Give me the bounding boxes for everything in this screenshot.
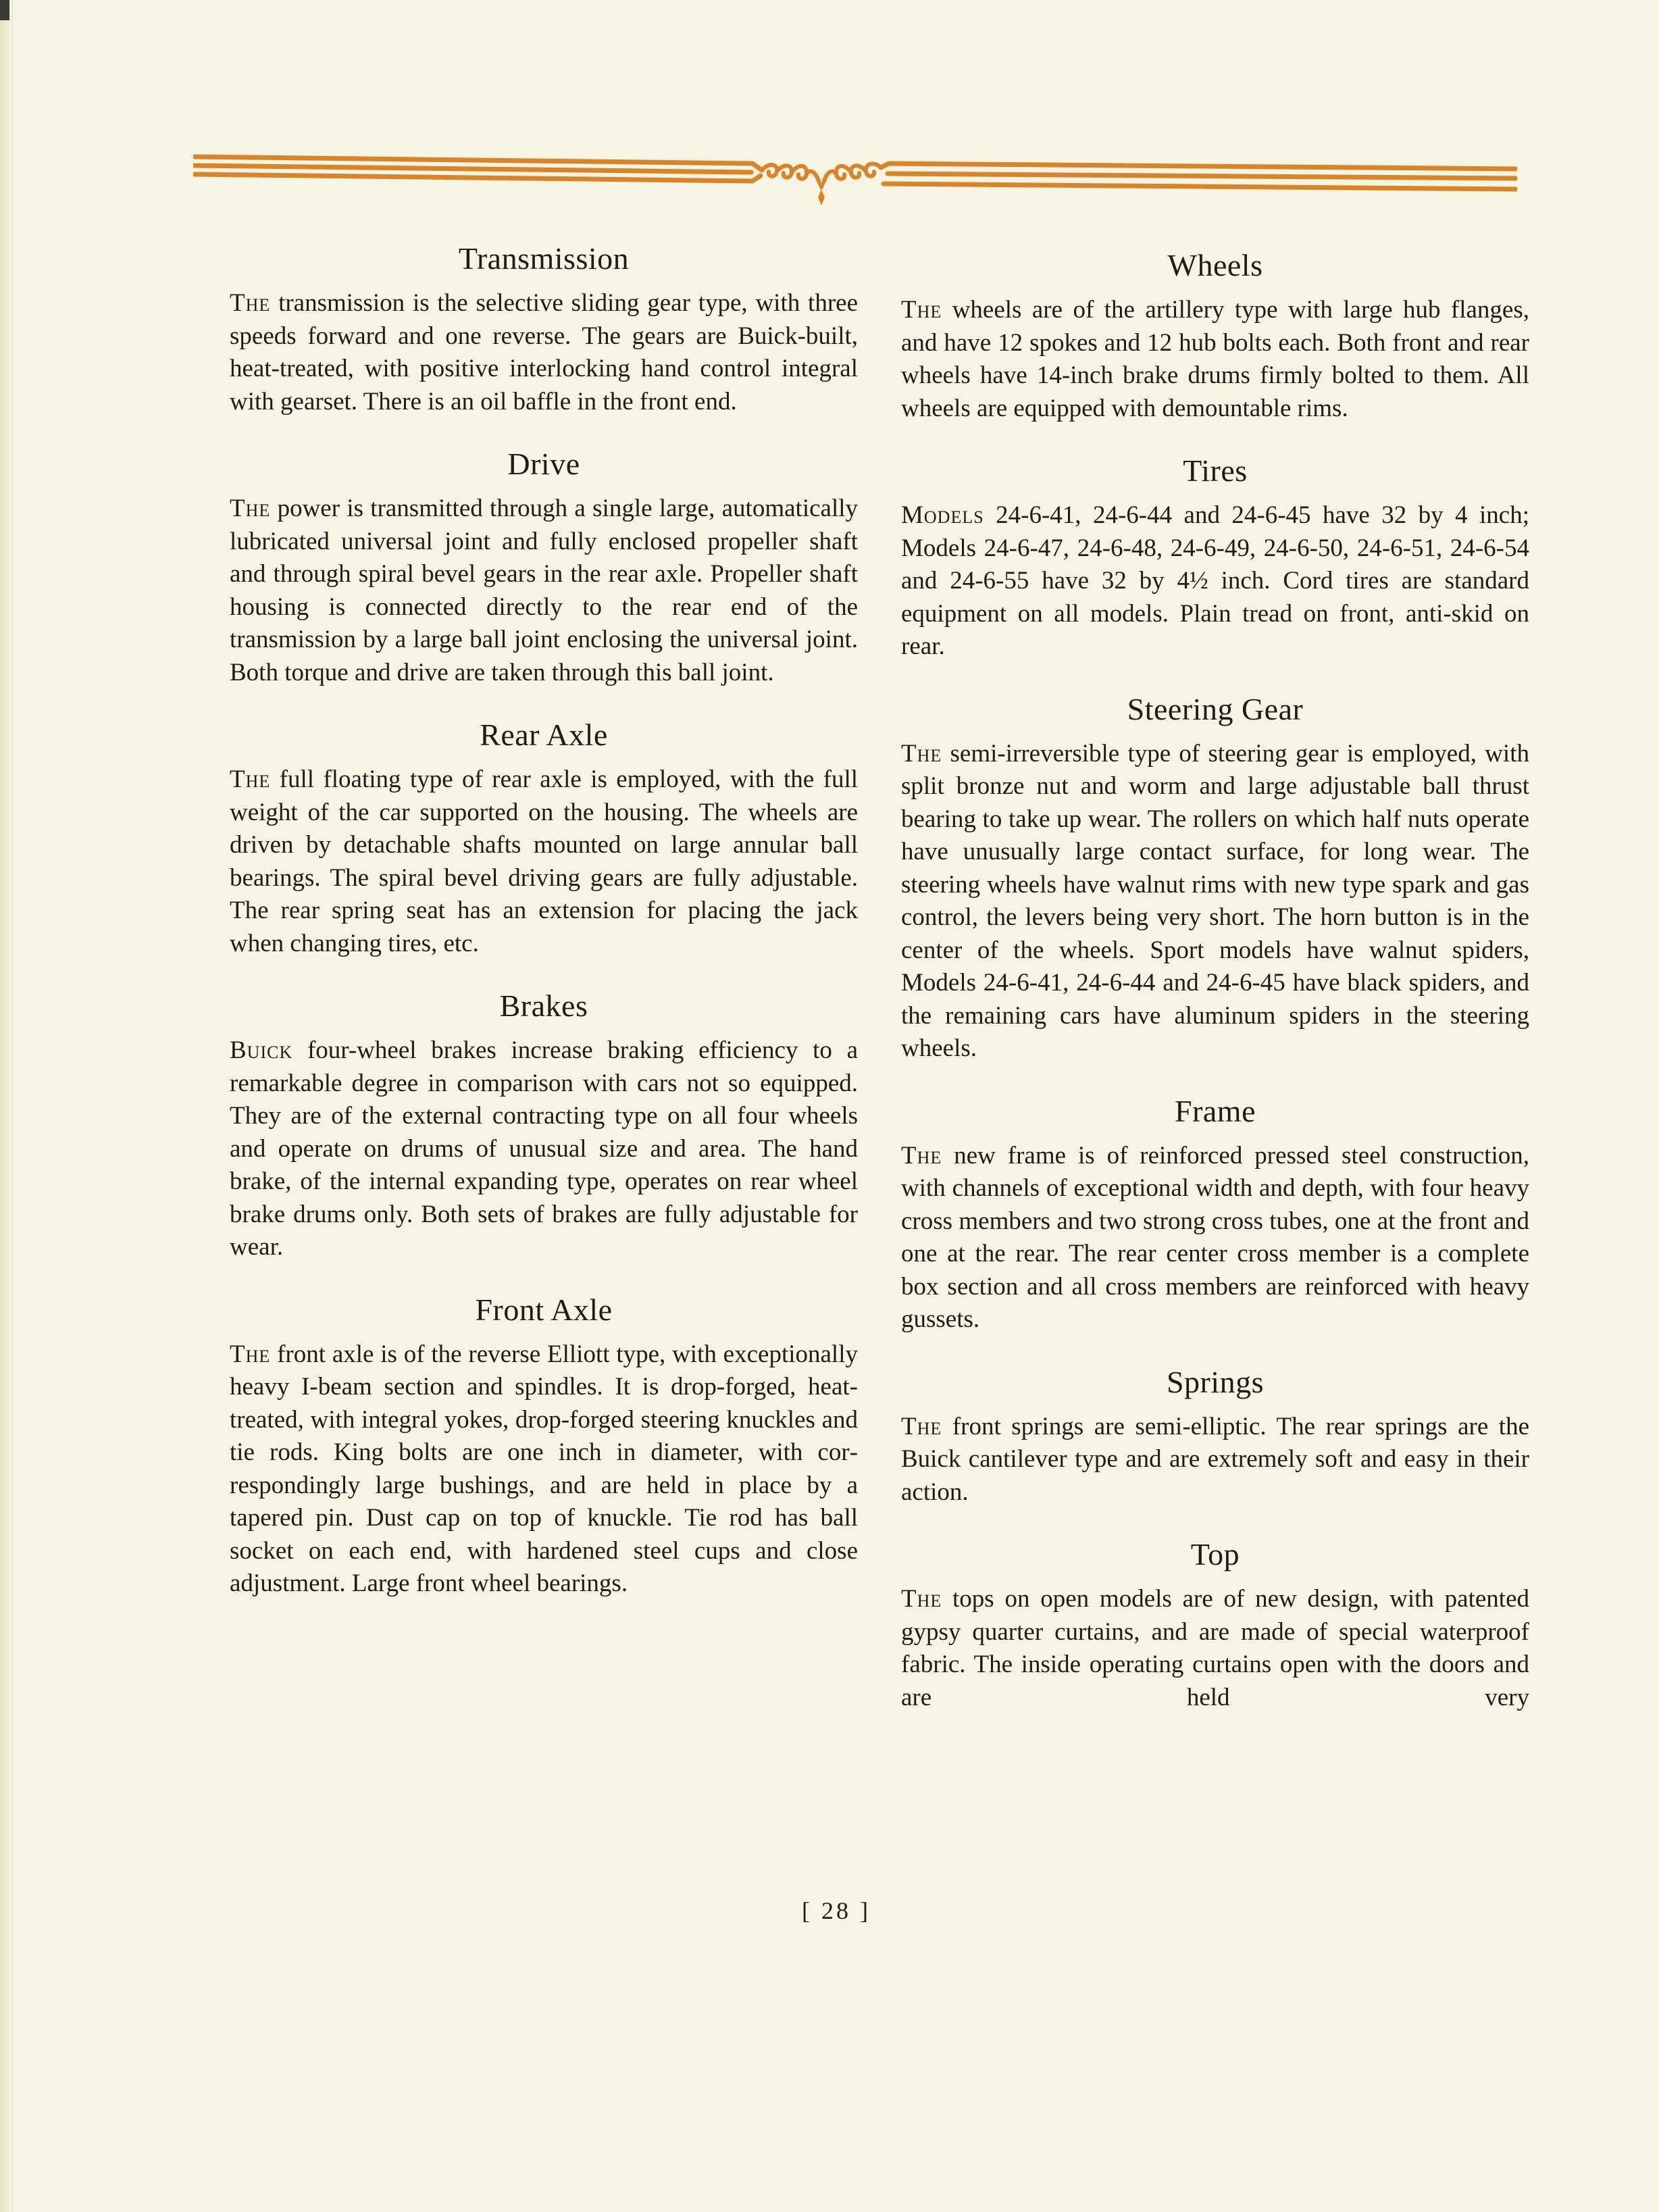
section-body: The new frame is of reinforced pressed s… (901, 1140, 1529, 1336)
section-body: The front axle is of the reverse Elliott… (230, 1338, 858, 1601)
section-body: The full floating type of rear axle is e… (230, 763, 858, 960)
lead-word: The (901, 1585, 942, 1613)
section-front-axle: Front Axle The front axle is of the reve… (230, 1291, 858, 1601)
body-text: new frame is of reinforced pressed steel… (901, 1142, 1529, 1334)
section-transmission: Transmission The transmission is the sel… (230, 240, 858, 418)
section-heading: Frame (901, 1092, 1529, 1130)
section-heading: Transmission (230, 240, 858, 278)
section-heading: Wheels (901, 247, 1529, 284)
right-column: Wheels The wheels are of the artillery t… (901, 247, 1529, 1714)
section-rear-axle: Rear Axle The full floating type of rear… (230, 716, 858, 960)
section-body: Models 24-6-41, 24-6-44 and 24-6-45 have… (901, 499, 1529, 663)
body-text: full floating type of rear axle is emplo… (230, 765, 858, 957)
lead-word: The (901, 296, 942, 324)
lead-word: The (230, 289, 270, 317)
section-heading: Tires (901, 452, 1529, 490)
left-column: Transmission The transmission is the sel… (230, 240, 858, 1601)
section-springs: Springs The front springs are semi-ellip… (901, 1363, 1529, 1509)
body-text: tops on open models are of new design, w… (901, 1585, 1529, 1711)
section-body: The semi-irreversible type of steering g… (901, 738, 1529, 1065)
lead-word: The (901, 1413, 942, 1440)
section-heading: Top (901, 1536, 1529, 1574)
section-steering-gear: Steering Gear The semi-irreversible type… (901, 690, 1529, 1065)
section-body: Buick four-wheel brakes increase braking… (230, 1034, 858, 1264)
section-heading: Rear Axle (230, 716, 858, 754)
section-heading: Springs (901, 1363, 1529, 1401)
section-heading: Front Axle (230, 1291, 858, 1329)
body-text: transmission is the selective sliding ge… (230, 289, 858, 416)
section-wheels: Wheels The wheels are of the artillery t… (901, 247, 1529, 425)
body-text: front axle is of the reverse Elliott typ… (230, 1340, 858, 1598)
page-binding-edge (0, 0, 13, 2212)
decorative-header-ornament-icon (193, 143, 1517, 211)
lead-word: The (230, 765, 270, 793)
section-body: The transmission is the selective slidin… (230, 287, 858, 418)
section-body: The front springs are semi-elliptic. The… (901, 1411, 1529, 1509)
body-text: wheels are of the artillery type with la… (901, 296, 1529, 422)
section-frame: Frame The new frame is of reinforced pre… (901, 1092, 1529, 1336)
page-number: [ 28 ] (789, 1896, 884, 1925)
binding-mark (0, 0, 9, 20)
lead-word: The (230, 495, 270, 522)
lead-word: The (901, 740, 942, 768)
section-top: Top The tops on open models are of new d… (901, 1536, 1529, 1714)
section-body: The power is transmitted through a singl… (230, 493, 858, 689)
section-heading: Brakes (230, 987, 858, 1025)
body-text: power is transmitted through a single la… (230, 495, 858, 686)
body-text: front springs are semi-elliptic. The rea… (901, 1413, 1529, 1506)
section-body: The wheels are of the artillery type wit… (901, 294, 1529, 425)
section-heading: Steering Gear (901, 690, 1529, 728)
body-text: semi-irreversible type of steering gear … (901, 740, 1529, 1063)
section-body: The tops on open models are of new desig… (901, 1583, 1529, 1714)
section-heading: Drive (230, 445, 858, 483)
section-tires: Tires Models 24-6-41, 24-6-44 and 24-6-4… (901, 452, 1529, 663)
lead-word: Models (901, 501, 984, 529)
body-text: 24-6-41, 24-6-44 and 24-6-45 have 32 by … (901, 501, 1529, 660)
section-brakes: Brakes Buick four-wheel brakes increase … (230, 987, 858, 1264)
body-text: four-wheel brakes increase braking effic… (230, 1036, 858, 1261)
lead-word: The (230, 1340, 270, 1368)
section-drive: Drive The power is transmitted through a… (230, 445, 858, 689)
lead-word: Buick (230, 1036, 292, 1064)
lead-word: The (901, 1142, 942, 1170)
